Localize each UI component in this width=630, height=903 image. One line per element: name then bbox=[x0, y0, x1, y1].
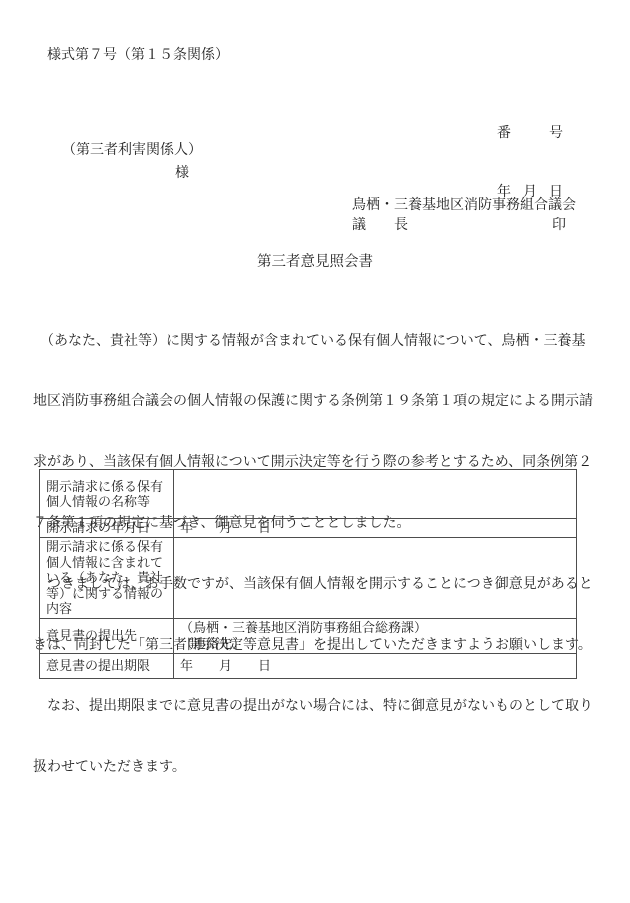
row-label: 開示請求に係る保有個人情報の名称等 bbox=[40, 470, 174, 519]
destination-line1: （鳥栖・三養基地区消防事務組合総務課） bbox=[180, 620, 572, 636]
table-row-content: 開示請求に係る保有個人情報に含まれている（あなた、貴社等）に関する情報の内容 bbox=[40, 538, 577, 619]
row-value: （鳥栖・三養基地区消防事務組合総務課） （連絡先） bbox=[174, 619, 577, 654]
form-number: 様式第７号（第１５条関係） bbox=[47, 46, 229, 66]
form-table: 開示請求に係る保有個人情報の名称等 開示請求の年月日 年 月 日 開示請求に係る… bbox=[39, 469, 577, 679]
row-value: 年 月 日 bbox=[174, 654, 577, 679]
body-line: なお、提出期限までに意見書の提出がない場合には、特に御意見がないものとして取り bbox=[33, 697, 599, 717]
table-row-deadline: 意見書の提出期限 年 月 日 bbox=[40, 654, 577, 679]
body-line: 地区消防事務組合議会の個人情報の保護に関する条例第１９条第１項の規定による開示請 bbox=[33, 392, 599, 412]
table-row-destination: 意見書の提出先 （鳥栖・三養基地区消防事務組合総務課） （連絡先） bbox=[40, 619, 577, 654]
document-number-line: 番 号 bbox=[497, 124, 563, 144]
row-label: 意見書の提出先 bbox=[40, 619, 174, 654]
row-value: 年 月 日 bbox=[174, 519, 577, 538]
row-label: 意見書の提出期限 bbox=[40, 654, 174, 679]
row-label: 開示請求の年月日 bbox=[40, 519, 174, 538]
row-value bbox=[174, 470, 577, 519]
sender-post: 議 長 bbox=[352, 216, 408, 236]
sender-seal: 印 bbox=[552, 216, 566, 236]
sender-title-row: 議 長 印 bbox=[352, 216, 566, 236]
body-line: （あなた、貴社等）に関する情報が含まれている保有個人情報について、鳥栖・三養基 bbox=[33, 332, 599, 352]
document-page: 様式第７号（第１５条関係） 番 号 年 月 日 （第三者利害関係人） 様 鳥栖・… bbox=[0, 0, 630, 903]
row-value bbox=[174, 538, 577, 619]
addressee-honorific: 様 bbox=[175, 164, 189, 184]
table-row-name: 開示請求に係る保有個人情報の名称等 bbox=[40, 470, 577, 519]
row-label: 開示請求に係る保有個人情報に含まれている（あなた、貴社等）に関する情報の内容 bbox=[40, 538, 174, 619]
sender-organization: 鳥栖・三養基地区消防事務組合議会 bbox=[352, 196, 576, 216]
addressee-name: （第三者利害関係人） bbox=[62, 141, 202, 161]
document-number-label-left: 番 bbox=[497, 124, 511, 144]
document-number-label-right: 号 bbox=[549, 124, 563, 144]
table-row-request-date: 開示請求の年月日 年 月 日 bbox=[40, 519, 577, 538]
destination-line2: （連絡先） bbox=[180, 636, 572, 652]
body-line: 扱わせていただきます。 bbox=[33, 758, 599, 778]
page-title: 第三者意見照会書 bbox=[0, 252, 630, 272]
